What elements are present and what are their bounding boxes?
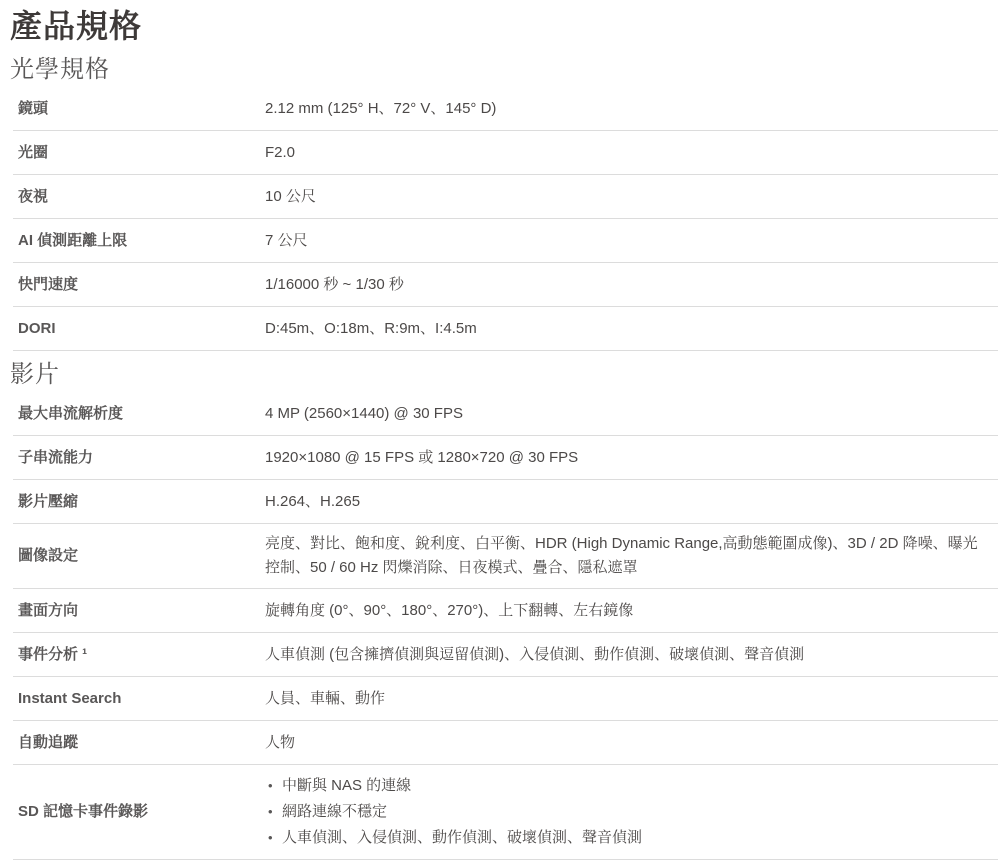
- spec-row-image-settings: 圖像設定 亮度、對比、飽和度、銳利度、白平衡、HDR (High Dynamic…: [13, 524, 998, 589]
- spec-label: Instant Search: [13, 688, 265, 710]
- spec-value: H.264、H.265: [265, 490, 998, 514]
- spec-row-event-analytics: 事件分析 ¹ 人車偵測 (包含擁擠偵測與逗留偵測)、入侵偵測、動作偵測、破壞偵測…: [13, 633, 998, 677]
- spec-value: 7 公尺: [265, 229, 998, 253]
- section-heading-optical: 光學規格: [10, 55, 1000, 85]
- spec-row-aperture: 光圈 F2.0: [13, 131, 998, 175]
- spec-value: 亮度、對比、飽和度、銳利度、白平衡、HDR (High Dynamic Rang…: [265, 532, 998, 580]
- section-heading-video: 影片: [10, 360, 1000, 390]
- spec-row-orientation: 畫面方向 旋轉角度 (0°、90°、180°、270°)、上下翻轉、左右鏡像: [13, 589, 998, 633]
- spec-value: 1920×1080 @ 15 FPS 或 1280×720 @ 30 FPS: [265, 446, 998, 470]
- bullet-list: 中斷與 NAS 的連線 網路連線不穩定 人車偵測、入侵偵測、動作偵測、破壞偵測、…: [265, 773, 984, 851]
- spec-row-video-compression: 影片壓縮 H.264、H.265: [13, 480, 998, 524]
- optical-spec-table: 鏡頭 2.12 mm (125° H、72° V、145° D) 光圈 F2.0…: [13, 87, 998, 351]
- spec-label: 夜視: [13, 186, 265, 208]
- spec-row-sd-event-recording: SD 記憶卡事件錄影 中斷與 NAS 的連線 網路連線不穩定 人車偵測、入侵偵測…: [13, 765, 998, 860]
- spec-value: 人物: [265, 731, 998, 755]
- spec-label: AI 偵測距離上限: [13, 230, 265, 252]
- spec-value: 1/16000 秒 ~ 1/30 秒: [265, 273, 998, 297]
- spec-label: 快門速度: [13, 274, 265, 296]
- spec-label: 自動追蹤: [13, 732, 265, 754]
- spec-value: 人員、車輛、動作: [265, 687, 998, 711]
- spec-label: 影片壓縮: [13, 491, 265, 513]
- spec-label: 畫面方向: [13, 600, 265, 622]
- spec-label: 圖像設定: [13, 545, 265, 567]
- spec-value: 人車偵測 (包含擁擠偵測與逗留偵測)、入侵偵測、動作偵測、破壞偵測、聲音偵測: [265, 643, 998, 667]
- spec-label: 最大串流解析度: [13, 403, 265, 425]
- spec-value: 4 MP (2560×1440) @ 30 FPS: [265, 402, 998, 426]
- spec-value: 10 公尺: [265, 185, 998, 209]
- spec-label: 事件分析 ¹: [13, 644, 265, 666]
- spec-label: DORI: [13, 318, 265, 340]
- spec-row-max-stream-resolution: 最大串流解析度 4 MP (2560×1440) @ 30 FPS: [13, 392, 998, 436]
- spec-value: 中斷與 NAS 的連線 網路連線不穩定 人車偵測、入侵偵測、動作偵測、破壞偵測、…: [265, 773, 998, 851]
- spec-row-night-vision: 夜視 10 公尺: [13, 175, 998, 219]
- spec-label: 子串流能力: [13, 447, 265, 469]
- video-spec-table: 最大串流解析度 4 MP (2560×1440) @ 30 FPS 子串流能力 …: [13, 392, 998, 860]
- product-spec-page: 產品規格 光學規格 鏡頭 2.12 mm (125° H、72° V、145° …: [0, 0, 1000, 861]
- spec-value: D:45m、O:18m、R:9m、I:4.5m: [265, 317, 998, 341]
- spec-value: F2.0: [265, 141, 998, 165]
- spec-row-instant-search: Instant Search 人員、車輛、動作: [13, 677, 998, 721]
- spec-label: 光圈: [13, 142, 265, 164]
- bullet-item: 中斷與 NAS 的連線: [265, 773, 984, 799]
- spec-label: 鏡頭: [13, 98, 265, 120]
- spec-row-dori: DORI D:45m、O:18m、R:9m、I:4.5m: [13, 307, 998, 351]
- spec-label: SD 記憶卡事件錄影: [13, 801, 265, 823]
- page-title: 產品規格: [10, 6, 1000, 46]
- spec-row-sub-stream: 子串流能力 1920×1080 @ 15 FPS 或 1280×720 @ 30…: [13, 436, 998, 480]
- spec-value: 2.12 mm (125° H、72° V、145° D): [265, 97, 998, 121]
- spec-row-shutter-speed: 快門速度 1/16000 秒 ~ 1/30 秒: [13, 263, 998, 307]
- spec-row-ai-detection-range: AI 偵測距離上限 7 公尺: [13, 219, 998, 263]
- spec-row-lens: 鏡頭 2.12 mm (125° H、72° V、145° D): [13, 87, 998, 131]
- spec-value: 旋轉角度 (0°、90°、180°、270°)、上下翻轉、左右鏡像: [265, 599, 998, 623]
- bullet-item: 人車偵測、入侵偵測、動作偵測、破壞偵測、聲音偵測: [265, 825, 984, 851]
- spec-row-auto-tracking: 自動追蹤 人物: [13, 721, 998, 765]
- bullet-item: 網路連線不穩定: [265, 799, 984, 825]
